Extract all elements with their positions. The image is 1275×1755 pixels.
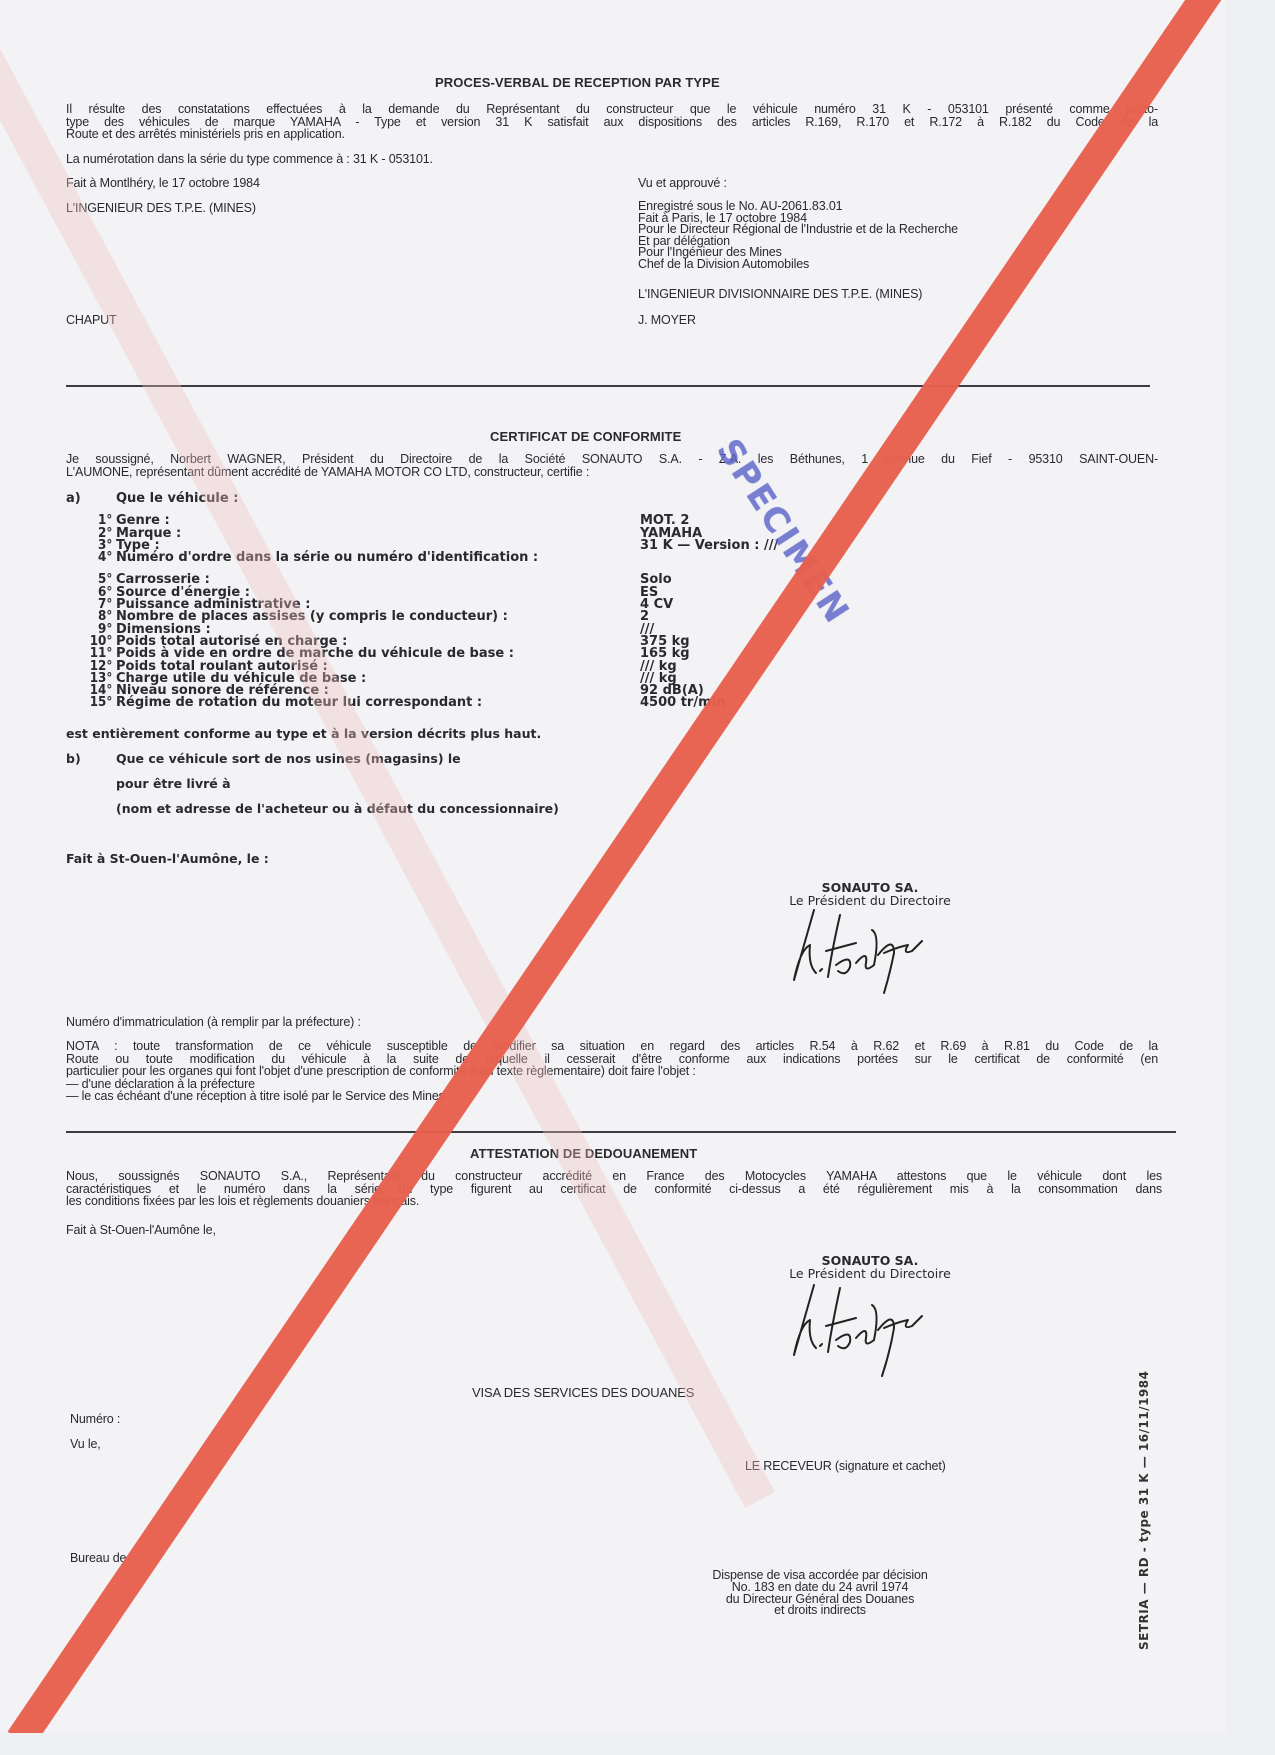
- item-value: Solo: [640, 574, 778, 586]
- item-value: 4 CV: [640, 599, 778, 611]
- visa-dispense-block: Dispense de visa accordée par décision N…: [690, 1570, 950, 1617]
- item-value: 31 K — Version : ///: [640, 540, 778, 552]
- attestation-line: les conditions fixées par les lois et rè…: [66, 1195, 1162, 1208]
- signature-icon: [780, 1280, 970, 1380]
- divider: [66, 1131, 1176, 1133]
- section-b-line2: pour être livré à: [116, 777, 231, 790]
- vehicle-values: MOT. 2 YAMAHA 31 K — Version : /// Solo …: [640, 515, 778, 709]
- registration-block: Enregistré sous le No. AU-2061.83.01 Fai…: [638, 201, 958, 270]
- vehicle-criteria: a) Que le véhicule : 1°Genre : 2°Marque …: [66, 493, 538, 710]
- attestation-signatory-role: Le Président du Directoire: [770, 1267, 970, 1280]
- approved-label: Vu et approuvé :: [638, 177, 727, 190]
- item-value: 4500 tr/min: [640, 697, 778, 709]
- signature-icon: [780, 905, 970, 995]
- section-a-header: a) Que le véhicule :: [66, 493, 538, 505]
- section-b-line3: (nom et adresse de l'acheteur ou à défau…: [116, 802, 559, 815]
- section-b-line1: Que ce véhicule sort de nos usines (maga…: [116, 752, 461, 765]
- intro-line: L'AUMONE, représentant dûment accrédité …: [66, 466, 1158, 479]
- item-value: 2: [640, 611, 778, 623]
- attestation-title: ATTESTATION DE DEDOUANEMENT: [470, 1147, 697, 1160]
- visa-numero: Numéro :: [70, 1413, 120, 1426]
- visa-title: VISA DES SERVICES DES DOUANES: [472, 1386, 694, 1399]
- registration-line: Chef de la Division Automobiles: [638, 259, 958, 271]
- section-marker: a): [66, 493, 116, 505]
- attestation-body: Nous, soussignés SONAUTO S.A., Représent…: [66, 1170, 1162, 1208]
- intro-line: Route et des arrêtés ministériels pris e…: [66, 128, 1158, 141]
- receveur-label: LE RECEVEUR (signature et cachet): [745, 1460, 946, 1473]
- item-number: 4°: [70, 552, 116, 564]
- conformity-statement: est entièrement conforme au type et à la…: [66, 727, 541, 740]
- nota-block: NOTA : toute transformation de ce véhicu…: [66, 1040, 1158, 1103]
- divisional-engineer-role: L'INGENIEUR DIVISIONNAIRE DES T.P.E. (MI…: [638, 288, 922, 301]
- pv-engineer-name: CHAPUT: [66, 314, 117, 327]
- section-b-marker: b): [66, 752, 81, 765]
- item-value: [640, 552, 778, 564]
- proces-verbal-title: PROCES-VERBAL DE RECEPTION PAR TYPE: [435, 76, 720, 89]
- section-label: Que le véhicule :: [116, 493, 238, 505]
- divider: [66, 385, 1150, 387]
- intro-line: Il résulte des constatations effectuées …: [66, 103, 1158, 116]
- visa-vu-le: Vu le,: [70, 1438, 101, 1451]
- strike-through-overlay: [0, 0, 1226, 1733]
- attestation-place-date: Fait à St-Ouen-l'Aumône le,: [66, 1224, 216, 1237]
- pv-place-date: Fait à Montlhéry, le 17 octobre 1984: [66, 177, 260, 190]
- item-number: 15°: [70, 697, 116, 709]
- certificat-place-date: Fait à St-Ouen-l'Aumône, le :: [66, 852, 269, 865]
- item-label: Numéro d'ordre dans la série ou numéro d…: [116, 552, 538, 564]
- numbering-statement: La numérotation dans la série du type co…: [66, 153, 433, 166]
- nota-line: particulier pour les organes qui font l'…: [66, 1065, 1158, 1078]
- red-diagonal-stroke: [20, 0, 1210, 1733]
- item-label: Régime de rotation du moteur lui corresp…: [116, 697, 482, 709]
- attestation-line: Nous, soussignés SONAUTO S.A., Représent…: [66, 1170, 1162, 1183]
- nota-line: — le cas échéant d'une réception à titre…: [66, 1090, 1158, 1103]
- certificat-title: CERTIFICAT DE CONFORMITE: [490, 430, 681, 443]
- proces-verbal-intro: Il résulte des constatations effectuées …: [66, 103, 1158, 141]
- registration-number-label: Numéro d'immatriculation (à remplir par …: [66, 1016, 361, 1029]
- pv-engineer-role: L'INGENIEUR DES T.P.E. (MINES): [66, 202, 256, 215]
- printer-reference: SETRIA — RD - type 31 K — 16/11/1984: [1137, 1371, 1151, 1650]
- certificat-intro: Je soussigné, Norbert WAGNER, Président …: [66, 453, 1158, 478]
- intro-line: Je soussigné, Norbert WAGNER, Président …: [66, 453, 1158, 466]
- divisional-engineer-name: J. MOYER: [638, 314, 696, 327]
- bureau-label: Bureau de :: [70, 1552, 133, 1565]
- nota-line: NOTA : toute transformation de ce véhicu…: [66, 1040, 1158, 1053]
- document-page: PROCES-VERBAL DE RECEPTION PAR TYPE Il r…: [0, 0, 1226, 1733]
- dispense-line: et droits indirects: [690, 1605, 950, 1617]
